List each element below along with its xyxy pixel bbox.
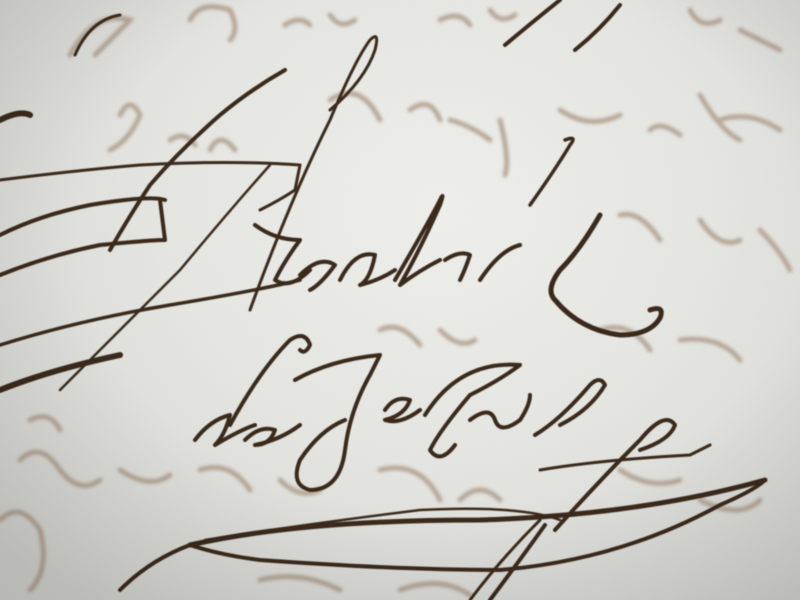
vignette	[0, 0, 800, 600]
paper-and-ink	[0, 0, 800, 600]
signature-photo: Beatriz de Jesus	[0, 0, 800, 600]
